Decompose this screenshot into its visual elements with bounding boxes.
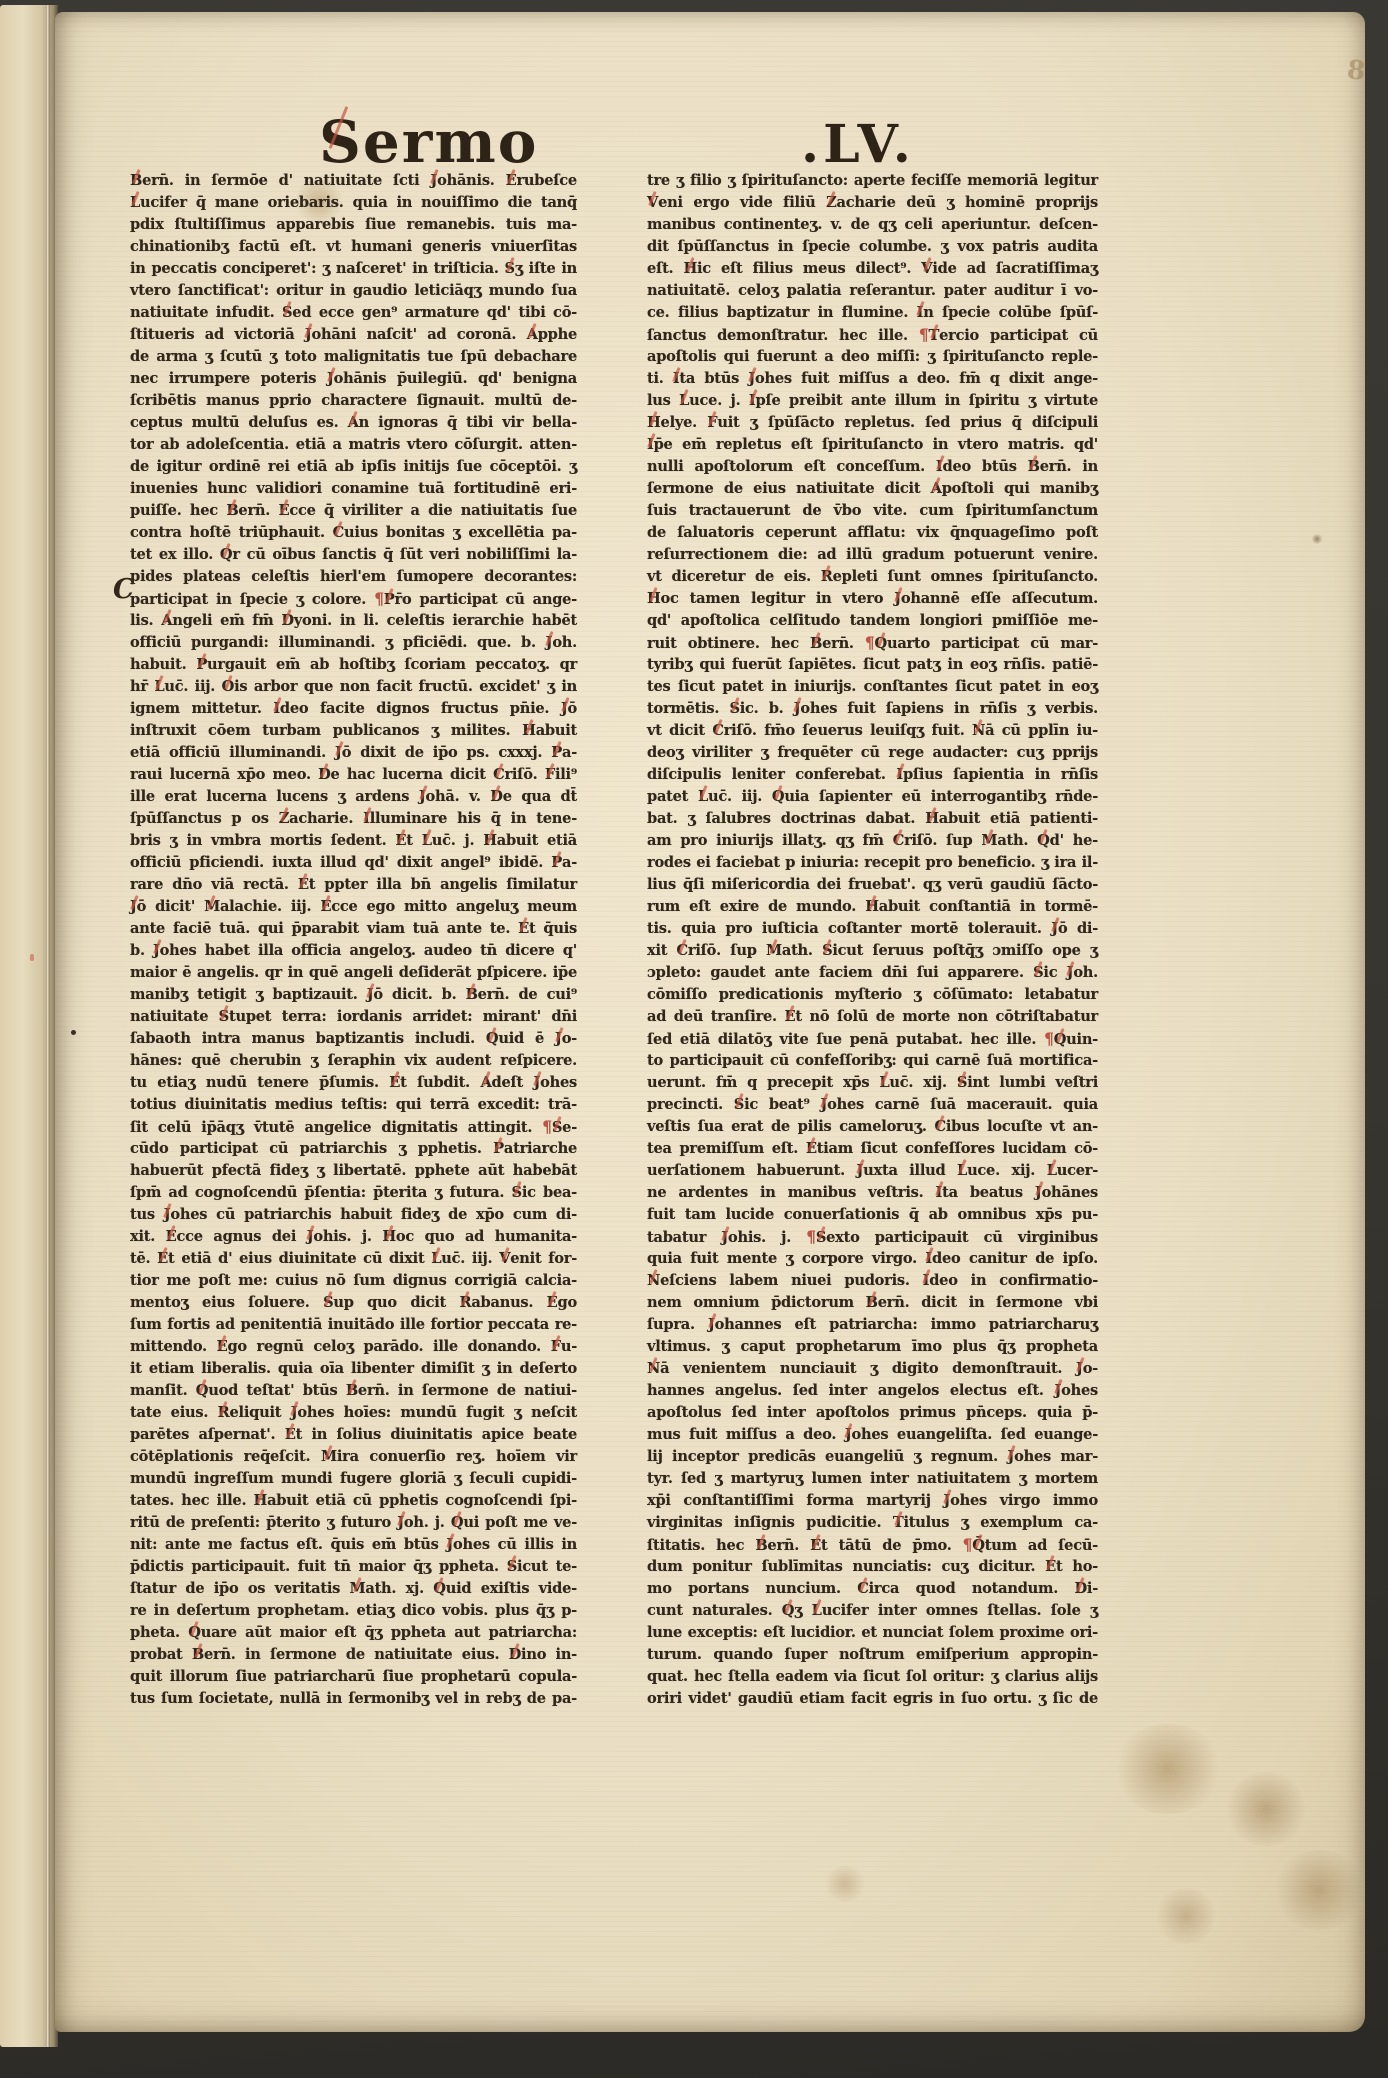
- text-line: deoʒ viriliter ʒ frequēter cū rege audac…: [647, 742, 1098, 764]
- text-line: ſum fortis ad penitentiā inuitādo ille f…: [130, 1314, 577, 1336]
- pilcrow-mark: ¶: [865, 633, 875, 652]
- text-line: quia fuit mente ʒ corpore virgo. Ideo ca…: [647, 1248, 1098, 1270]
- text-line: ad deū tranſire. Et nō ſolū de morte non…: [647, 1006, 1098, 1028]
- text-line: patet Luc̄. iij. Quia ſapienter eū inter…: [647, 786, 1098, 808]
- text-line: cūdo participat cū patriarchis ʒ pphetis…: [130, 1138, 577, 1160]
- text-line: mus fuit miſſus a deo. Johes euangeliſta…: [647, 1424, 1098, 1446]
- text-line: ſit celū ip̄āqʒ v̄tutē angelice dignitat…: [130, 1116, 577, 1138]
- text-line: inuenies hunc validiori conamine tuā for…: [130, 478, 577, 500]
- text-line: ſabaoth intra manus baptizantis includi.…: [130, 1028, 577, 1050]
- text-line: tate eius. Reliquit Johes hoīes: mundū f…: [130, 1402, 577, 1424]
- text-line: nec irrumpere poteris Johānis p̄uilegiū.…: [130, 368, 577, 390]
- text-line: manibus continenteʒ. v. de qʒ celi aperi…: [647, 214, 1098, 236]
- text-line: Bern̄. in ſermōe d' natiuitate ſcti Johā…: [130, 170, 577, 192]
- text-line: diſcipulis leniter conferebat. Ipſius ſa…: [647, 764, 1098, 786]
- text-line: rodes ei faciebat p iniuria: recepit pro…: [647, 852, 1098, 874]
- text-line: to participauit cū confeſſoribʒ: qui car…: [647, 1050, 1098, 1072]
- stain: [1113, 1724, 1223, 1814]
- text-line: natiuitate Stupet terra: iordanis arride…: [130, 1006, 577, 1028]
- text-line: totius diuinitatis medius teſtis: qui te…: [130, 1094, 577, 1116]
- text-column-right: tre ʒ filio ʒ ſpirituſancto: aperte feci…: [647, 170, 1098, 1710]
- text-line: ignem mittetur. Ideo facite dignos fruct…: [130, 698, 577, 720]
- text-line: cunt naturales. Qʒ Lucifer inter omnes ſ…: [647, 1600, 1098, 1622]
- text-line: xit Criſō. ſup Math. Sicut ſeruus poſtq̄…: [647, 940, 1098, 962]
- pilcrow-mark: ¶: [963, 1535, 973, 1554]
- text-line: habuerūt pfectā fideʒ ʒ libertatē. pphet…: [130, 1160, 577, 1182]
- text-line: natiuitate infudit. Sed ecce gen⁹ armatu…: [130, 302, 577, 324]
- text-line: cōtēplationis req̄eſcit. Mira conuerſio …: [130, 1446, 577, 1468]
- text-line: tē. Et etiā d' eius diuinitate cū dixit …: [130, 1248, 577, 1270]
- text-line: natiuitatē. celoʒ palatia reſerantur. pa…: [647, 280, 1098, 302]
- text-line: chinationibʒ factū eſt. vt humani generi…: [130, 236, 577, 258]
- text-line: mentoʒ eius ſoluere. Sup quo dicit Raban…: [130, 1292, 577, 1314]
- text-line: bris ʒ in vmbra mortis ſedent. Et Luc̄. …: [130, 830, 577, 852]
- text-line: veſtis ſua erat de pilis cameloruʒ. Cibu…: [647, 1116, 1098, 1138]
- text-line: tea premiſſum eſt. Etiam ſicut confeſſor…: [647, 1138, 1098, 1160]
- text-line: dit ſpūſſanctus in ſpecie columbe. ʒ vox…: [647, 236, 1098, 258]
- text-line: hānes: quē cherubin ʒ ſeraphin vix auden…: [130, 1050, 577, 1072]
- text-line: tyribʒ qui fuerūt ſapiētes. ſicut patʒ i…: [647, 654, 1098, 676]
- text-line: ruit obtinere. hec Bern̄. ¶Quarto partic…: [647, 632, 1098, 654]
- text-line: manibʒ tetigit ʒ baptizauit. Jō dicit. b…: [130, 984, 577, 1006]
- text-line: nem omnium p̄dictorum Bern̄. dicit in ſe…: [647, 1292, 1098, 1314]
- text-line: tormētis. Sic. b. Johes fuit ſapiens in …: [647, 698, 1098, 720]
- text-line: lius q̄ſi miſericordia dei fruebat'. qʒ …: [647, 874, 1098, 896]
- text-line: eſt. Hic eſt filius meus dilect⁹. Vide a…: [647, 258, 1098, 280]
- text-line: nulli apoſtolorum eſt conceſſum. Ideo bt…: [647, 456, 1098, 478]
- text-line: pdix ſtultiſſimus apparebis ſiue remaneb…: [130, 214, 577, 236]
- text-line: Helye. Fuit ʒ ſpūſācto repletus. ſed pri…: [647, 412, 1098, 434]
- text-line: ſermone de eius natiuitate dicit Apoſtol…: [647, 478, 1098, 500]
- pilcrow-mark: ¶: [542, 1117, 552, 1136]
- text-line: ſtitatis. hec Bern̄. Et tātū de p̄mo. ¶Q…: [647, 1534, 1098, 1556]
- stain: [823, 1866, 867, 1902]
- text-line: it etiam liberalis. quia oīa libenter di…: [130, 1358, 577, 1380]
- text-line: Ip̄e em̄ repletus eſt ſpirituſancto in v…: [647, 434, 1098, 456]
- text-line: ſpūſſanctus p os Zacharie. Illuminare hi…: [130, 808, 577, 830]
- text-line: hannes angelus. ſed inter angelos electu…: [647, 1380, 1098, 1402]
- stain: [1223, 1772, 1309, 1846]
- text-line: ne ardentes in manibus veſtris. Ita beat…: [647, 1182, 1098, 1204]
- pilcrow-mark: ¶: [806, 1227, 816, 1246]
- text-line: fuit tam lucide conuerſationis q̄ ab omn…: [647, 1204, 1098, 1226]
- text-line: apoſtolus ſed inter apoſtolos primus pn̄…: [647, 1402, 1098, 1424]
- text-line: tus Johes cū patriarchis habuit fideʒ de…: [130, 1204, 577, 1226]
- text-line: ceptus multū deluſus es. An ignoras q̄ t…: [130, 412, 577, 434]
- text-line: tior me poſt me: cuius nō ſum dignus cor…: [130, 1270, 577, 1292]
- text-line: ce. filius baptizatur in flumine. In ſpe…: [647, 302, 1098, 324]
- text-line: ſuis tractauerunt de v̄bo vite. cum ſpir…: [647, 500, 1098, 522]
- text-line: parētes aſpernat'. Et in ſolius diuinita…: [130, 1424, 577, 1446]
- text-line: pheta. Quare aūt maior eſt q̄ʒ ppheta au…: [130, 1622, 577, 1644]
- text-line: ti. Ita btūs Johes fuit miſſus a deo. fm…: [647, 368, 1098, 390]
- text-line: raui lucernā xp̄o meo. De hac lucerna di…: [130, 764, 577, 786]
- text-line: tet ex illo. Qr cū oībus ſanctis q̄ ſūt …: [130, 544, 577, 566]
- text-line: puiſſe. hec Bern̄. Ecce q̄ viriliter a d…: [130, 500, 577, 522]
- text-line: ſtatur de ip̄o os veritatis Math. xj. Qu…: [130, 1578, 577, 1600]
- text-line: tabatur Johis. j. ¶Sexto participauit cū…: [647, 1226, 1098, 1248]
- text-line: cōmiſſo predicationis myſterio ʒ cōſūmat…: [647, 984, 1098, 1006]
- text-line: Neſciens labem niuei pudoris. Ideo in co…: [647, 1270, 1098, 1292]
- text-line: inſtruxit cōem turbam publicanos ʒ milit…: [130, 720, 577, 742]
- text-line: uerſationem habuerunt. Juxta illud Luce.…: [647, 1160, 1098, 1182]
- margin-ink-dot: [71, 1030, 76, 1035]
- text-line: ſcribētis manus pprio charactere ſignaui…: [130, 390, 577, 412]
- text-line: ſpm̄ ad cognoſcendū p̄ſentia: p̄terita ʒ…: [130, 1182, 577, 1204]
- text-line: oriri videt' gaudiū etiam facit egris in…: [647, 1688, 1098, 1710]
- text-line: vt diceretur de eis. Repleti ſunt omnes …: [647, 566, 1098, 588]
- text-line: tu etiaʒ nudū tenere p̄ſumis. Et ſubdit.…: [130, 1072, 577, 1094]
- text-line: pides plateas celeſtis hierl'em ſumopere…: [130, 566, 577, 588]
- text-line: rare dn̄o viā rectā. Et ppter illa bn̄ a…: [130, 874, 577, 896]
- text-line: tis. quia pro iuſticia coſtanter mortē t…: [647, 918, 1098, 940]
- text-line: am pro iniurijs illatʒ. qʒ fm̄ Criſō. ſu…: [647, 830, 1098, 852]
- text-line: lij inceptor predicās euangeliū ʒ regnum…: [647, 1446, 1098, 1468]
- text-line: xp̄i conſtantiſſimi forma martyrij Johes…: [647, 1490, 1098, 1512]
- text-line: ritū de preſenti: p̄terito ʒ futuro Joh.…: [130, 1512, 577, 1534]
- text-line: apoſtolis qui fuerunt a deo miſſi: ʒ ſpi…: [647, 346, 1098, 368]
- text-line: quit illorum ſiue patriarcharū ſiue prop…: [130, 1666, 577, 1688]
- text-line: nit: ante me factus eſt. q̄uis em̄ btūs …: [130, 1534, 577, 1556]
- text-line: Veni ergo vide filiū Zacharie deū ʒ homi…: [647, 192, 1098, 214]
- text-line: b. Johes habet illa officia angeloʒ. aud…: [130, 940, 577, 962]
- margin-capitulum-mark: C: [113, 574, 135, 605]
- text-line: tre ʒ filio ʒ ſpirituſancto: aperte feci…: [647, 170, 1098, 192]
- gutter-red-speck: [30, 954, 34, 961]
- text-line: hr̄ Luc̄. iij. Ois arbor que non facit f…: [130, 676, 577, 698]
- text-line: participat in ſpecie ʒ colore. ¶Pr̄o par…: [130, 588, 577, 610]
- text-column-left: Bern̄. in ſermōe d' natiuitate ſcti Johā…: [130, 170, 577, 1710]
- text-line: tates. hec ille. Habuit etiā cū pphetis …: [130, 1490, 577, 1512]
- text-line: de arma ʒ ſcutū ʒ toto malignitatis tue …: [130, 346, 577, 368]
- text-line: ſanctus demonſtratur. hec ille. ¶Tercio …: [647, 324, 1098, 346]
- text-line: uerunt. fm̄ q precepit xp̄s Luc̄. xij. S…: [647, 1072, 1098, 1094]
- text-line: ſupra. Johannes eſt patriarcha: immo pat…: [647, 1314, 1098, 1336]
- text-line: Lucifer q̄ mane oriebaris. quia in nouiſ…: [130, 192, 577, 214]
- text-line: ante faciē tuā. qui p̄parabit viam tuā a…: [130, 918, 577, 940]
- text-line: lus Luce. j. Ipſe preibit ante illum in …: [647, 390, 1098, 412]
- text-line: Jō dicit' Malachie. iij. Ecce ego mitto …: [130, 896, 577, 918]
- text-line: tor ab adoleſcentia. etiā a matris vtero…: [130, 434, 577, 456]
- text-line: dum ponitur ſublīmitas nunciatis: cuʒ di…: [647, 1556, 1098, 1578]
- text-line: turum. quando ſuper noſtrum emiſperium a…: [647, 1644, 1098, 1666]
- text-line: ɔpleto: gaudet ante faciem dn̄i ſui appa…: [647, 962, 1098, 984]
- text-line: etiā officiū illuminandi. Jō dixit de ip…: [130, 742, 577, 764]
- sermon-number: .LV.: [801, 114, 915, 175]
- text-line: ſtitueris ad victoriā Johāni naſcit' ad …: [130, 324, 577, 346]
- text-line: de igitur ordinē rei etiā ab ipſis initi…: [130, 456, 577, 478]
- text-line: bat. ʒ ſalubres doctrinas dabat. Habuit …: [647, 808, 1098, 830]
- text-line: Nā venientem nunciauit ʒ digito demonſtr…: [647, 1358, 1098, 1380]
- text-line: tyr. ſed ʒ martyruʒ lumen inter natiuita…: [647, 1468, 1098, 1490]
- text-line: officiū purgandi: illuminandi. ʒ pficiēd…: [130, 632, 577, 654]
- text-line: lis. Angeli em̄ fm̄ Dyoni. in li. celeſt…: [130, 610, 577, 632]
- text-line: mundū ingreſſum mundi fugere gloriā ʒ ſe…: [130, 1468, 577, 1490]
- text-line: rum eſt exire de mundo. Habuit conſtanti…: [647, 896, 1098, 918]
- text-line: contra hoſtē triūphauit. Cuius bonitas ʒ…: [130, 522, 577, 544]
- stain: [1271, 1850, 1367, 1930]
- text-line: maior ē angelis. qr in quē angeli deſide…: [130, 962, 577, 984]
- running-title: Sermo: [319, 108, 538, 176]
- text-line: vtero ſanctificat': oritur in gaudio let…: [130, 280, 577, 302]
- text-line: Hoc tamen legitur in vtero Johannē eſſe …: [647, 588, 1098, 610]
- text-line: habuit. Purgauit em̄ ab hoſtibʒ ſcoriam …: [130, 654, 577, 676]
- text-line: tes ſicut patet in iniurijs. conſtantes …: [647, 676, 1098, 698]
- text-line: probat Bern̄. in ſermone de natiuitate e…: [130, 1644, 577, 1666]
- ghost-foliation-numeral: 8: [1345, 55, 1366, 87]
- stain: [1311, 534, 1323, 544]
- pilcrow-mark: ¶: [374, 589, 384, 608]
- text-line: ſed etiā dilatōʒ vite ſue penā putabat. …: [647, 1028, 1098, 1050]
- text-line: re in deſertum prophetam. etiaʒ dico vob…: [130, 1600, 577, 1622]
- pilcrow-mark: ¶: [1044, 1029, 1054, 1048]
- book-gutter-leaf-edge: [0, 5, 58, 2047]
- text-line: p̄dictis participauit. fuit tn̄ maior q̄…: [130, 1556, 577, 1578]
- stain: [1153, 1888, 1219, 1944]
- text-line: ille erat lucerna lucens ʒ ardens Johā. …: [130, 786, 577, 808]
- text-line: virginitas inſignis pudicitie. Titulus ʒ…: [647, 1512, 1098, 1534]
- book-page: Sermo .LV. Bern̄. in ſermōe d' natiuitat…: [55, 12, 1365, 2032]
- text-line: qd' apoſtolica celſitudo tandem longiori…: [647, 610, 1098, 632]
- text-line: manſit. Quod teſtat' btūs Bern̄. in ſerm…: [130, 1380, 577, 1402]
- text-line: precincti. Sic beat⁹ Johes carnē ſuā mac…: [647, 1094, 1098, 1116]
- text-line: reſurrectionem die: ad illū gradum potue…: [647, 544, 1098, 566]
- text-line: lune exceptis: eſt lucidior. et nunciat …: [647, 1622, 1098, 1644]
- text-line: de ſaluatoris ceperunt afflatu: vix q̄nq…: [647, 522, 1098, 544]
- text-line: in peccatis conciperet': ʒ naſceret' in …: [130, 258, 577, 280]
- text-line: officiū pficiendi. iuxta illud qd' dixit…: [130, 852, 577, 874]
- text-line: tus ſum ſocietate, nullā in ſermonibʒ ve…: [130, 1688, 577, 1710]
- text-line: mittendo. Ego regnū celoʒ parādo. ille d…: [130, 1336, 577, 1358]
- text-line: quat. hec ſtella eadem via ſicut ſol ori…: [647, 1666, 1098, 1688]
- text-line: vltimus. ʒ caput prophetarum īmo plus q̄…: [647, 1336, 1098, 1358]
- text-line: vt dicit Criſō. fm̄o ſeuerus leuiſqʒ fui…: [647, 720, 1098, 742]
- text-line: xit. Ecce agnus dei Johis. j. Hoc quo ad…: [130, 1226, 577, 1248]
- text-line: mo portans nuncium. Circa quod notandum.…: [647, 1578, 1098, 1600]
